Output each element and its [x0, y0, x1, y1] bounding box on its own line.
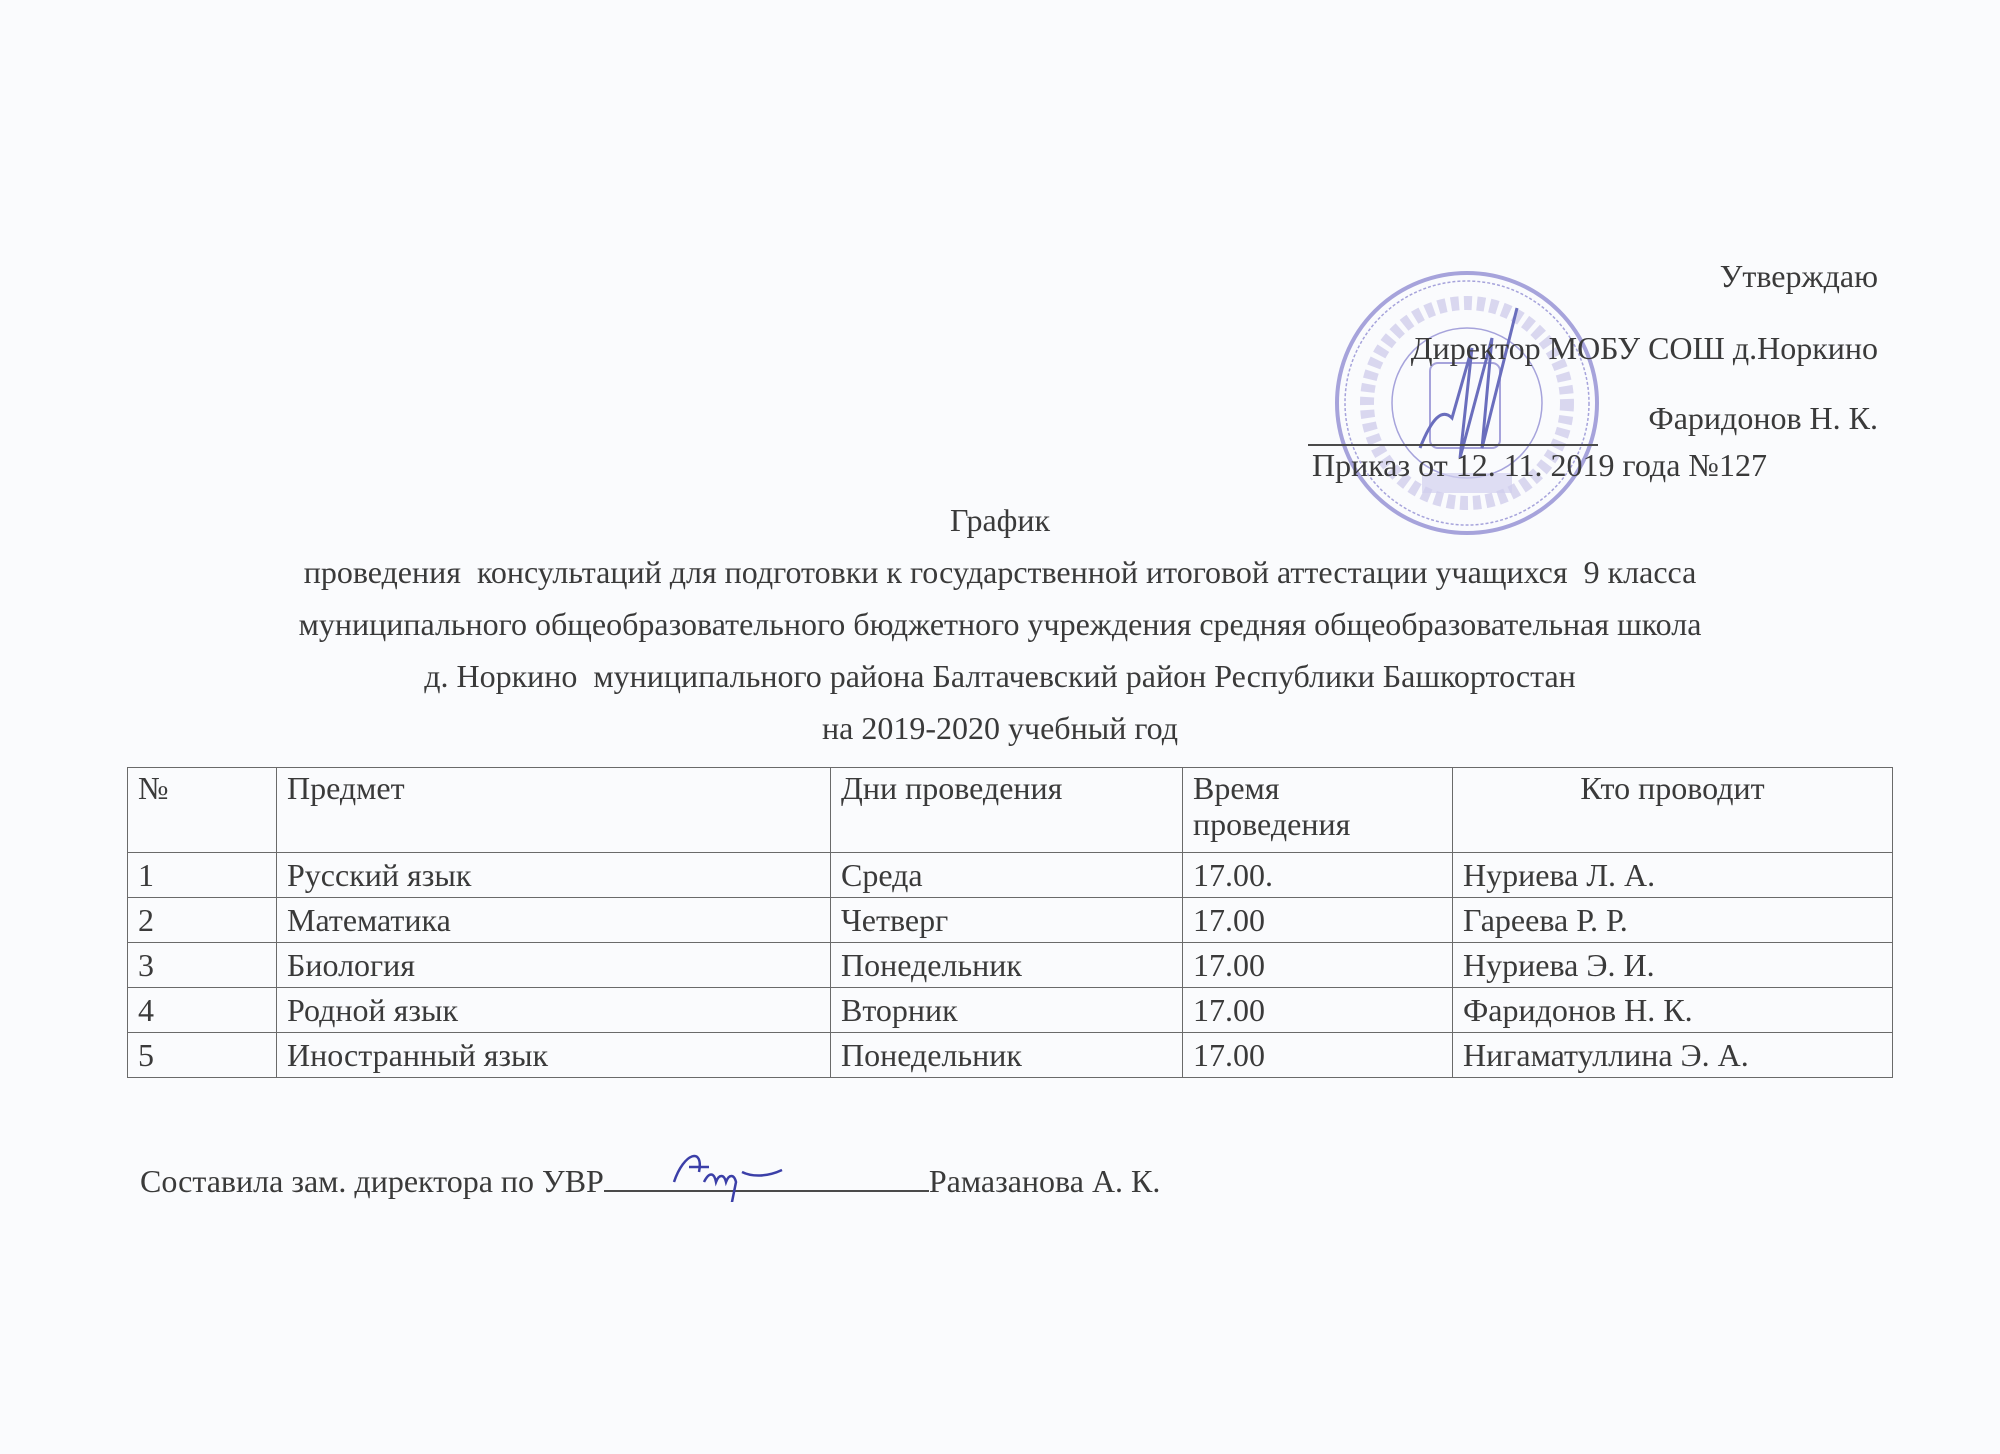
director-name: Фаридонов Н. К.	[1648, 400, 1878, 436]
table-row: 2 Математика Четверг 17.00 Гареева Р. Р.	[128, 898, 1893, 943]
title-line-3: д. Норкино муниципального района Балтаче…	[0, 650, 2000, 702]
header-teacher: Кто проводит	[1453, 768, 1893, 853]
table-header-row: № Предмет Дни проведения Время проведени…	[128, 768, 1893, 853]
cell-teacher: Гареева Р. Р.	[1453, 898, 1893, 943]
order-reference: Приказ от 12. 11. 2019 года №127	[1312, 447, 1767, 483]
cell-time: 17.00.	[1183, 853, 1453, 898]
cell-subject: Математика	[277, 898, 831, 943]
header-time: Время проведения	[1183, 768, 1453, 853]
compiled-by: Составила зам. директора по УВРРамазанов…	[140, 1160, 1160, 1201]
cell-subject: Родной язык	[277, 988, 831, 1033]
table-row: 1 Русский язык Среда 17.00. Нуриева Л. А…	[128, 853, 1893, 898]
title-line-4: на 2019-2020 учебный год	[0, 702, 2000, 754]
compiled-by-label: Составила зам. директора по УВР	[140, 1163, 604, 1199]
document-title: График проведения консультаций для подго…	[0, 494, 2000, 754]
cell-teacher: Фаридонов Н. К.	[1453, 988, 1893, 1033]
compiler-signature-line	[604, 1160, 929, 1192]
cell-time: 17.00	[1183, 943, 1453, 988]
cell-time: 17.00	[1183, 898, 1453, 943]
cell-number: 4	[128, 988, 277, 1033]
title-line-2: муниципального общеобразовательного бюдж…	[0, 598, 2000, 650]
director-position: Директор МОБУ СОШ д.Норкино	[1411, 330, 1878, 366]
cell-number: 3	[128, 943, 277, 988]
cell-day: Понедельник	[831, 943, 1183, 988]
cell-teacher: Нигаматуллина Э. А.	[1453, 1033, 1893, 1078]
cell-number: 1	[128, 853, 277, 898]
cell-time: 17.00	[1183, 1033, 1453, 1078]
cell-day: Среда	[831, 853, 1183, 898]
title-heading: График	[0, 494, 2000, 546]
header-days: Дни проведения	[831, 768, 1183, 853]
cell-day: Вторник	[831, 988, 1183, 1033]
approve-label: Утверждаю	[1720, 258, 1878, 294]
cell-subject: Биология	[277, 943, 831, 988]
table-row: 4 Родной язык Вторник 17.00 Фаридонов Н.…	[128, 988, 1893, 1033]
cell-day: Четверг	[831, 898, 1183, 943]
cell-number: 5	[128, 1033, 277, 1078]
signature-line	[1308, 444, 1598, 446]
cell-time: 17.00	[1183, 988, 1453, 1033]
cell-teacher: Нуриева Л. А.	[1453, 853, 1893, 898]
cell-number: 2	[128, 898, 277, 943]
cell-subject: Русский язык	[277, 853, 831, 898]
header-subject: Предмет	[277, 768, 831, 853]
cell-subject: Иностранный язык	[277, 1033, 831, 1078]
table-row: 5 Иностранный язык Понедельник 17.00 Ниг…	[128, 1033, 1893, 1078]
schedule-table: № Предмет Дни проведения Время проведени…	[127, 767, 1893, 1078]
header-number: №	[128, 768, 277, 853]
title-line-1: проведения консультаций для подготовки к…	[0, 546, 2000, 598]
cell-day: Понедельник	[831, 1033, 1183, 1078]
table-row: 3 Биология Понедельник 17.00 Нуриева Э. …	[128, 943, 1893, 988]
handwritten-signature-icon	[664, 1142, 794, 1202]
compiler-name: Рамазанова А. К.	[929, 1163, 1161, 1199]
cell-teacher: Нуриева Э. И.	[1453, 943, 1893, 988]
